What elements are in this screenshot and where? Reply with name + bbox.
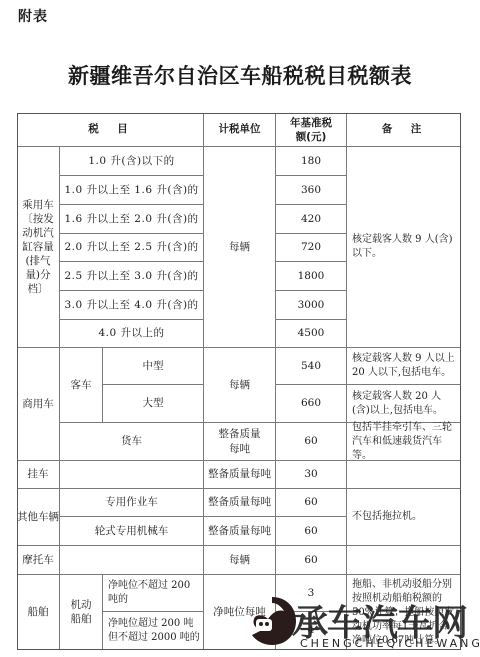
- motorcycle-subitem-empty: [60, 546, 204, 575]
- motorcycle-unit: 每辆: [204, 546, 276, 575]
- bus-medium-remark: 核定载客人数 9 人以上 20 人以下,包括电车。: [347, 348, 461, 385]
- bus-large-amount: 660: [276, 385, 347, 423]
- ships-unit: 净吨位每吨: [204, 575, 276, 650]
- other-vehicle-unit: 整备质量每吨: [204, 517, 276, 546]
- passenger-row-label: 3.0 升以上至 4.0 升(含)的: [60, 291, 204, 320]
- category-trailer: 挂车: [17, 461, 60, 489]
- trailer-unit: 整备质量每吨: [204, 461, 276, 489]
- other-vehicle-amount: 60: [276, 517, 347, 546]
- category-passenger-car: 乘用车〔按发动机汽缸容量(排气量)分档〕: [17, 147, 60, 348]
- bus-size-large: 大型: [103, 385, 204, 423]
- passenger-unit: 每辆: [204, 147, 276, 348]
- passenger-amount: 1800: [276, 262, 347, 291]
- other-vehicle-unit: 整备质量每吨: [204, 489, 276, 517]
- other-vehicle-label: 轮式专用机械车: [60, 517, 204, 546]
- page-title: 新疆维吾尔自治区车船税税目税额表: [0, 60, 480, 90]
- passenger-row-label: 2.0 升以上至 2.5 升(含)的: [60, 234, 204, 262]
- header-remark: 备 注: [347, 113, 461, 147]
- trailer-remark: [347, 461, 461, 489]
- trailer-amount: 30: [276, 461, 347, 489]
- tax-rate-table: 税 目 计税单位 年基准税额(元) 备 注 乘用车〔按发动机汽缸容量(排气量)分…: [17, 113, 461, 650]
- ship-amount: 3: [276, 575, 347, 612]
- truck-remark: 包括半挂牵引车、三轮汽车和低速载货汽车等。: [347, 423, 461, 461]
- ship-tonnage-row: 净吨位超过 200 吨但不超过 2000 吨的: [103, 612, 204, 650]
- passenger-row-label: 4.0 升以上的: [60, 320, 204, 348]
- bus-unit: 每辆: [204, 348, 276, 423]
- truck-label: 货车: [60, 423, 204, 461]
- category-ships: 船舶: [17, 575, 60, 650]
- ship-tonnage-row: 净吨位不超过 200 吨的: [103, 575, 204, 612]
- category-motorcycle: 摩托车: [17, 546, 60, 575]
- truck-amount: 60: [276, 423, 347, 461]
- bus-size-medium: 中型: [103, 348, 204, 385]
- ship-amount: 4: [276, 612, 347, 650]
- passenger-row-label: 1.0 升以上至 1.6 升(含)的: [60, 176, 204, 205]
- header-amount: 年基准税额(元): [276, 113, 347, 147]
- trailer-subitem-empty: [60, 461, 204, 489]
- ships-remark: 拖船、非机动驳船分别按照机动船舶税额的50%计算；拖船按照发动机功率每1千瓦折合…: [347, 575, 461, 650]
- truck-unit: 整备质量每吨: [204, 423, 276, 461]
- motorcycle-amount: 60: [276, 546, 347, 575]
- appendix-label: 附表: [18, 6, 48, 26]
- category-other-vehicles: 其他车辆: [17, 489, 60, 546]
- bus-medium-amount: 540: [276, 348, 347, 385]
- ships-subcategory: 机动船舶: [60, 575, 103, 650]
- motorcycle-remark: [347, 546, 461, 575]
- passenger-amount: 3000: [276, 291, 347, 320]
- bus-large-remark: 核定载客人数 20 人(含)以上,包括电车。: [347, 385, 461, 423]
- passenger-amount: 420: [276, 205, 347, 234]
- other-vehicles-remark: 不包括拖拉机。: [347, 489, 461, 546]
- header-unit: 计税单位: [204, 113, 276, 147]
- other-vehicle-amount: 60: [276, 489, 347, 517]
- passenger-amount: 180: [276, 147, 347, 176]
- passenger-row-label: 1.0 升(含)以下的: [60, 147, 204, 176]
- passenger-row-label: 1.6 升以上至 2.0 升(含)的: [60, 205, 204, 234]
- passenger-row-label: 2.5 升以上至 3.0 升(含)的: [60, 262, 204, 291]
- passenger-remark: 核定载客人数 9 人(含)以下。: [347, 147, 461, 348]
- header-item: 税 目: [17, 113, 204, 147]
- other-vehicle-label: 专用作业车: [60, 489, 204, 517]
- passenger-amount: 360: [276, 176, 347, 205]
- category-commercial-vehicle: 商用车: [17, 348, 60, 461]
- passenger-amount: 720: [276, 234, 347, 262]
- bus-label: 客车: [60, 348, 103, 423]
- passenger-amount: 4500: [276, 320, 347, 348]
